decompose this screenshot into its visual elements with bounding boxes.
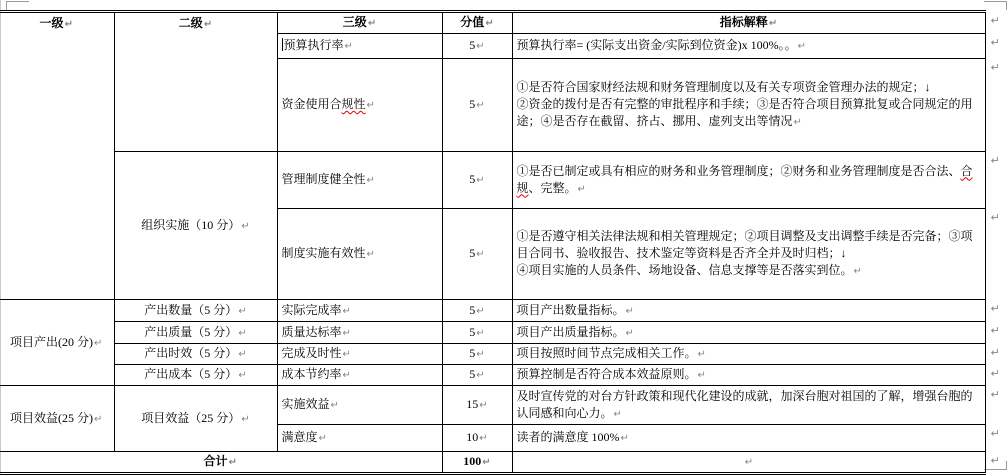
paragraph-mark-icon: ↵ (482, 457, 490, 468)
header-score-label: 分值 (460, 15, 484, 29)
indicator-label: 预算执行率 (284, 38, 344, 52)
score-cell[interactable]: 5↵ (442, 344, 512, 365)
header-cell-level1[interactable]: 一级↵ (0, 12, 114, 300)
score-value: 5 (469, 346, 475, 360)
explanation-cell[interactable]: ①是否符合国家财经法规和财务管理制度以及有关专项资金管理办法的规定；↓ ②资金的… (512, 59, 985, 152)
paragraph-mark-icon: ↵ (343, 349, 351, 360)
paragraph-mark-icon: ↵ (241, 414, 249, 425)
score-value: 5 (469, 246, 475, 260)
paragraph-mark-icon: ↵ (476, 249, 484, 260)
paragraph-mark-icon: ↵ (238, 349, 246, 360)
explanation-cell[interactable]: 预算执行率= (实际支出资金/实际到位资金)x 100%。。↵ (512, 34, 985, 59)
row-end-mark-icon: ↵ (991, 211, 1000, 224)
score-cell[interactable]: 5↵ (442, 365, 512, 386)
indicator-label: 成本节约率 (282, 367, 342, 381)
paragraph-mark-icon: ↵ (794, 117, 802, 128)
indicator-label: 实施效益 (282, 397, 330, 411)
indicator-label: 质量达标率 (282, 325, 342, 339)
row-end-mark-icon: ↵ (991, 302, 1000, 315)
score-cell[interactable]: 15↵ (442, 386, 512, 425)
paragraph-mark-icon: ↵ (343, 306, 351, 317)
table-row: 产出时效（5 分）↵ 完成及时性↵ 5↵ 项目按照时间节点完成相关工作。↵ (0, 344, 985, 365)
indicator-cell[interactable]: 预算执行率↵ (277, 34, 442, 59)
row-end-mark-icon: ↵ (991, 36, 1000, 49)
explanation-cell[interactable]: ①是否已制定或具有相应的财务和业务管理制度；②财务和业务管理制度是否合法、合规、… (512, 152, 985, 209)
paragraph-mark-icon: ↵ (621, 433, 629, 444)
paragraph-mark-icon: ↵ (238, 370, 246, 381)
level2-cell[interactable]: 产出数量（5 分）↵ (114, 300, 277, 322)
indicator-cell[interactable]: 管理制度健全性↵ (277, 152, 442, 209)
paragraph-mark-icon: ↵ (331, 400, 339, 411)
paragraph-mark-icon: ↵ (479, 433, 487, 444)
level1-group-output-cell[interactable]: 项目产出(20 分)↵ (0, 300, 114, 386)
paragraph-mark-icon: ↵ (626, 306, 634, 317)
header-explanation-label: 指标解释 (720, 15, 768, 29)
indicator-cell[interactable]: 质量达标率↵ (277, 322, 442, 344)
level2-group-organization-cell[interactable]: 组织实施（10 分）↵ (114, 152, 277, 300)
explanation-cell[interactable]: 预算控制是否符合成本效益原则。↵ (512, 365, 985, 386)
explanation-text: 及时宣传党的对台方针政策和现代化建设的成就，加深台胞对祖国的了解，增强台胞的认同… (517, 389, 973, 420)
level2-group-label: 组织实施（10 分） (141, 218, 240, 232)
indicator-table: 一级↵ 二级↵ 三级↵ 分值↵ 指标解释↵ 预算执行率↵ 5↵ 预算执行率= (… (0, 10, 986, 475)
table-row: 产出成本（5 分）↵ 成本节约率↵ 5↵ 预算控制是否符合成本效益原则。↵ (0, 365, 985, 386)
score-cell[interactable]: 5↵ (442, 59, 512, 152)
row-end-mark-icon: ↵ (991, 14, 1000, 27)
score-value: 5 (469, 38, 475, 52)
paragraph-mark-icon: ↵ (769, 18, 777, 29)
explanation-cell[interactable]: 读者的满意度 100%↵ (512, 425, 985, 452)
paragraph-mark-icon: ↵ (65, 19, 73, 30)
header-cell-score[interactable]: 分值↵ (442, 12, 512, 34)
paragraph-mark-icon: ↵ (204, 19, 212, 30)
word-document-page: 一级↵ 二级↵ 三级↵ 分值↵ 指标解释↵ 预算执行率↵ 5↵ 预算执行率= (… (0, 0, 1007, 475)
paragraph-mark-icon: ↵ (345, 41, 353, 52)
paragraph-mark-icon: ↵ (698, 370, 706, 381)
score-value: 5 (469, 367, 475, 381)
table-row-total: 合计↵ 100↵ ↵ (0, 452, 985, 474)
explanation-cell[interactable]: ①是否遵守相关法律法规和相关管理规定；②项目调整及支出调整手续是否完备；③项目合… (512, 209, 985, 300)
paragraph-mark-icon: ↵ (368, 18, 376, 29)
score-value: 10 (466, 430, 478, 444)
paragraph-mark-icon: ↵ (626, 328, 634, 339)
level2-cell[interactable]: 产出时效（5 分）↵ (114, 344, 277, 365)
text-cursor (282, 38, 283, 51)
table-row: 组织实施（10 分）↵ 管理制度健全性↵ 5↵ ①是否已制定或具有相应的财务和业… (0, 152, 985, 209)
explanation-cell[interactable]: 项目产出数量指标。↵ (512, 300, 985, 322)
score-cell[interactable]: 5↵ (442, 209, 512, 300)
paragraph-mark-icon: ↵ (343, 370, 351, 381)
paragraph-mark-icon: ↵ (614, 409, 622, 420)
row-end-mark-icon: ↵ (991, 454, 1000, 467)
paragraph-mark-icon: ↵ (745, 457, 753, 468)
header-level3-label: 三级 (343, 15, 367, 29)
total-label: 合计 (204, 454, 228, 468)
table-row: 项目效益(25 分)↵ 项目效益（25 分）↵ 实施效益↵ 15↵ 及时宣传党的… (0, 386, 985, 425)
row-end-mark-icon: ↵ (991, 346, 1000, 359)
explanation-text: 预算执行率= (实际支出资金/实际到位资金)x 100%。。 (517, 38, 797, 52)
explanation-text: 项目产出质量指标。 (517, 325, 625, 339)
paragraph-mark-icon: ↵ (238, 306, 246, 317)
row-end-mark-icon: ↵ (991, 427, 1000, 440)
level2-cell[interactable]: 产出成本（5 分）↵ (114, 365, 277, 386)
explanation-cell[interactable]: 项目按照时间节点完成相关工作。↵ (512, 344, 985, 365)
explanation-text: ①是否遵守相关法律法规和相关管理规定；②项目调整及支出调整手续是否完备；③项目合… (517, 229, 973, 277)
total-label-cell[interactable]: 合计↵ (0, 452, 442, 474)
level2-label: 产出数量（5 分） (144, 303, 237, 317)
explanation-text: 项目产出数量指标。 (517, 303, 625, 317)
paragraph-mark-icon: ↵ (476, 370, 484, 381)
indicator-cell[interactable]: 实际完成率↵ (277, 300, 442, 322)
paragraph-mark-icon: ↵ (241, 221, 249, 232)
level2-group-benefit-cell[interactable]: 项目效益（25 分）↵ (114, 386, 277, 452)
paragraph-mark-icon: ↵ (367, 249, 375, 260)
paragraph-mark-icon: ↵ (479, 400, 487, 411)
header-cell-level2[interactable]: 二级↵ (114, 12, 277, 152)
indicator-label: 资金使用合 (282, 97, 342, 111)
paragraph-mark-icon: ↵ (476, 100, 484, 111)
total-explanation-cell[interactable]: ↵ (512, 452, 985, 474)
misspelled-text: 规性 (342, 97, 366, 111)
text-boundary-corner-top-left (6, 1, 29, 10)
total-score-value: 100 (463, 454, 481, 468)
paragraph-mark-icon: ↵ (578, 184, 586, 195)
score-cell[interactable]: 5↵ (442, 322, 512, 344)
indicator-label: 完成及时性 (282, 346, 342, 360)
level1-group-benefit-cell[interactable]: 项目效益(25 分)↵ (0, 386, 114, 452)
row-end-mark-icon: ↵ (991, 61, 1000, 74)
table-row: 项目产出(20 分)↵ 产出数量（5 分）↵ 实际完成率↵ 5↵ 项目产出数量指… (0, 300, 985, 322)
indicator-label: 管理制度健全性 (282, 172, 366, 186)
indicator-cell[interactable]: 完成及时性↵ (277, 344, 442, 365)
indicator-label: 制度实施有效性 (282, 246, 366, 260)
explanation-text: ①是否已制定或具有相应的财务和业务管理制度；②财务和业务管理制度是否合法、 (517, 164, 961, 178)
paragraph-mark-icon: ↵ (94, 338, 102, 349)
header-cell-level3[interactable]: 三级↵ (277, 12, 442, 34)
indicator-cell[interactable]: 实施效益↵ (277, 386, 442, 425)
score-cell[interactable]: 5↵ (442, 300, 512, 322)
row-end-mark-icon: ↵ (991, 324, 1000, 337)
paragraph-mark-icon: ↵ (854, 266, 862, 277)
level2-group-label: 项目效益（25 分） (141, 411, 240, 425)
score-value: 5 (469, 325, 475, 339)
indicator-cell[interactable]: 满意度↵ (277, 425, 442, 452)
score-value: 15 (466, 397, 478, 411)
table-row: 产出质量（5 分）↵ 质量达标率↵ 5↵ 项目产出质量指标。↵ (0, 322, 985, 344)
score-cell[interactable]: 5↵ (442, 152, 512, 209)
score-value: 5 (469, 172, 475, 186)
score-cell[interactable]: 10↵ (442, 425, 512, 452)
text-boundary-corner-top-right (984, 1, 1007, 10)
level2-label: 产出成本（5 分） (144, 367, 237, 381)
paragraph-mark-icon: ↵ (229, 457, 237, 468)
paragraph-mark-icon: ↵ (343, 328, 351, 339)
row-end-mark-icon: ↵ (991, 367, 1000, 380)
explanation-cell[interactable]: 及时宣传党的对台方针政策和现代化建设的成就，加深台胞对祖国的了解，增强台胞的认同… (512, 386, 985, 425)
score-cell[interactable]: 5↵ (442, 34, 512, 59)
level1-group-label: 项目效益(25 分) (10, 411, 93, 425)
explanation-text: 、完整。 (529, 181, 577, 195)
indicator-cell[interactable]: 制度实施有效性↵ (277, 209, 442, 300)
paragraph-mark-icon: ↵ (476, 175, 484, 186)
level2-label: 产出时效（5 分） (144, 346, 237, 360)
paragraph-mark-icon: ↵ (367, 100, 375, 111)
paragraph-mark-icon: ↵ (476, 328, 484, 339)
header-level1-label: 一级 (40, 16, 64, 30)
score-value: 5 (469, 303, 475, 317)
paragraph-mark-icon: ↵ (94, 414, 102, 425)
score-value: 5 (469, 97, 475, 111)
indicator-cell[interactable]: 资金使用合规性↵ (277, 59, 442, 152)
explanation-text: 读者的满意度 100% (517, 430, 620, 444)
paragraph-mark-icon: ↵ (367, 175, 375, 186)
paragraph-mark-icon: ↵ (238, 328, 246, 339)
paragraph-mark-icon: ↵ (698, 349, 706, 360)
paragraph-mark-icon: ↵ (798, 41, 806, 52)
explanation-text: 预算控制是否符合成本效益原则。 (517, 367, 697, 381)
explanation-text: ①是否符合国家财经法规和财务管理制度以及有关专项资金管理办法的规定；↓ ②资金的… (517, 80, 973, 128)
paragraph-mark-icon: ↵ (476, 306, 484, 317)
level2-label: 产出质量（5 分） (144, 325, 237, 339)
paragraph-mark-icon: ↵ (476, 41, 484, 52)
paragraph-mark-icon: ↵ (319, 433, 327, 444)
row-end-mark-icon: ↵ (991, 388, 1000, 401)
total-score-cell[interactable]: 100↵ (442, 452, 512, 474)
table-row-header: 一级↵ 二级↵ 三级↵ 分值↵ 指标解释↵ (0, 12, 985, 34)
indicator-label: 满意度 (282, 430, 318, 444)
level2-cell[interactable]: 产出质量（5 分）↵ (114, 322, 277, 344)
paragraph-mark-icon: ↵ (476, 349, 484, 360)
header-level2-label: 二级 (179, 16, 203, 30)
indicator-label: 实际完成率 (282, 303, 342, 317)
indicator-cell[interactable]: 成本节约率↵ (277, 365, 442, 386)
level1-group-label: 项目产出(20 分) (10, 335, 93, 349)
row-end-mark-icon: ↵ (991, 154, 1000, 167)
paragraph-mark-icon: ↵ (485, 18, 493, 29)
header-cell-explanation[interactable]: 指标解释↵ (512, 12, 985, 34)
explanation-text: 项目按照时间节点完成相关工作。 (517, 346, 697, 360)
explanation-cell[interactable]: 项目产出质量指标。↵ (512, 322, 985, 344)
